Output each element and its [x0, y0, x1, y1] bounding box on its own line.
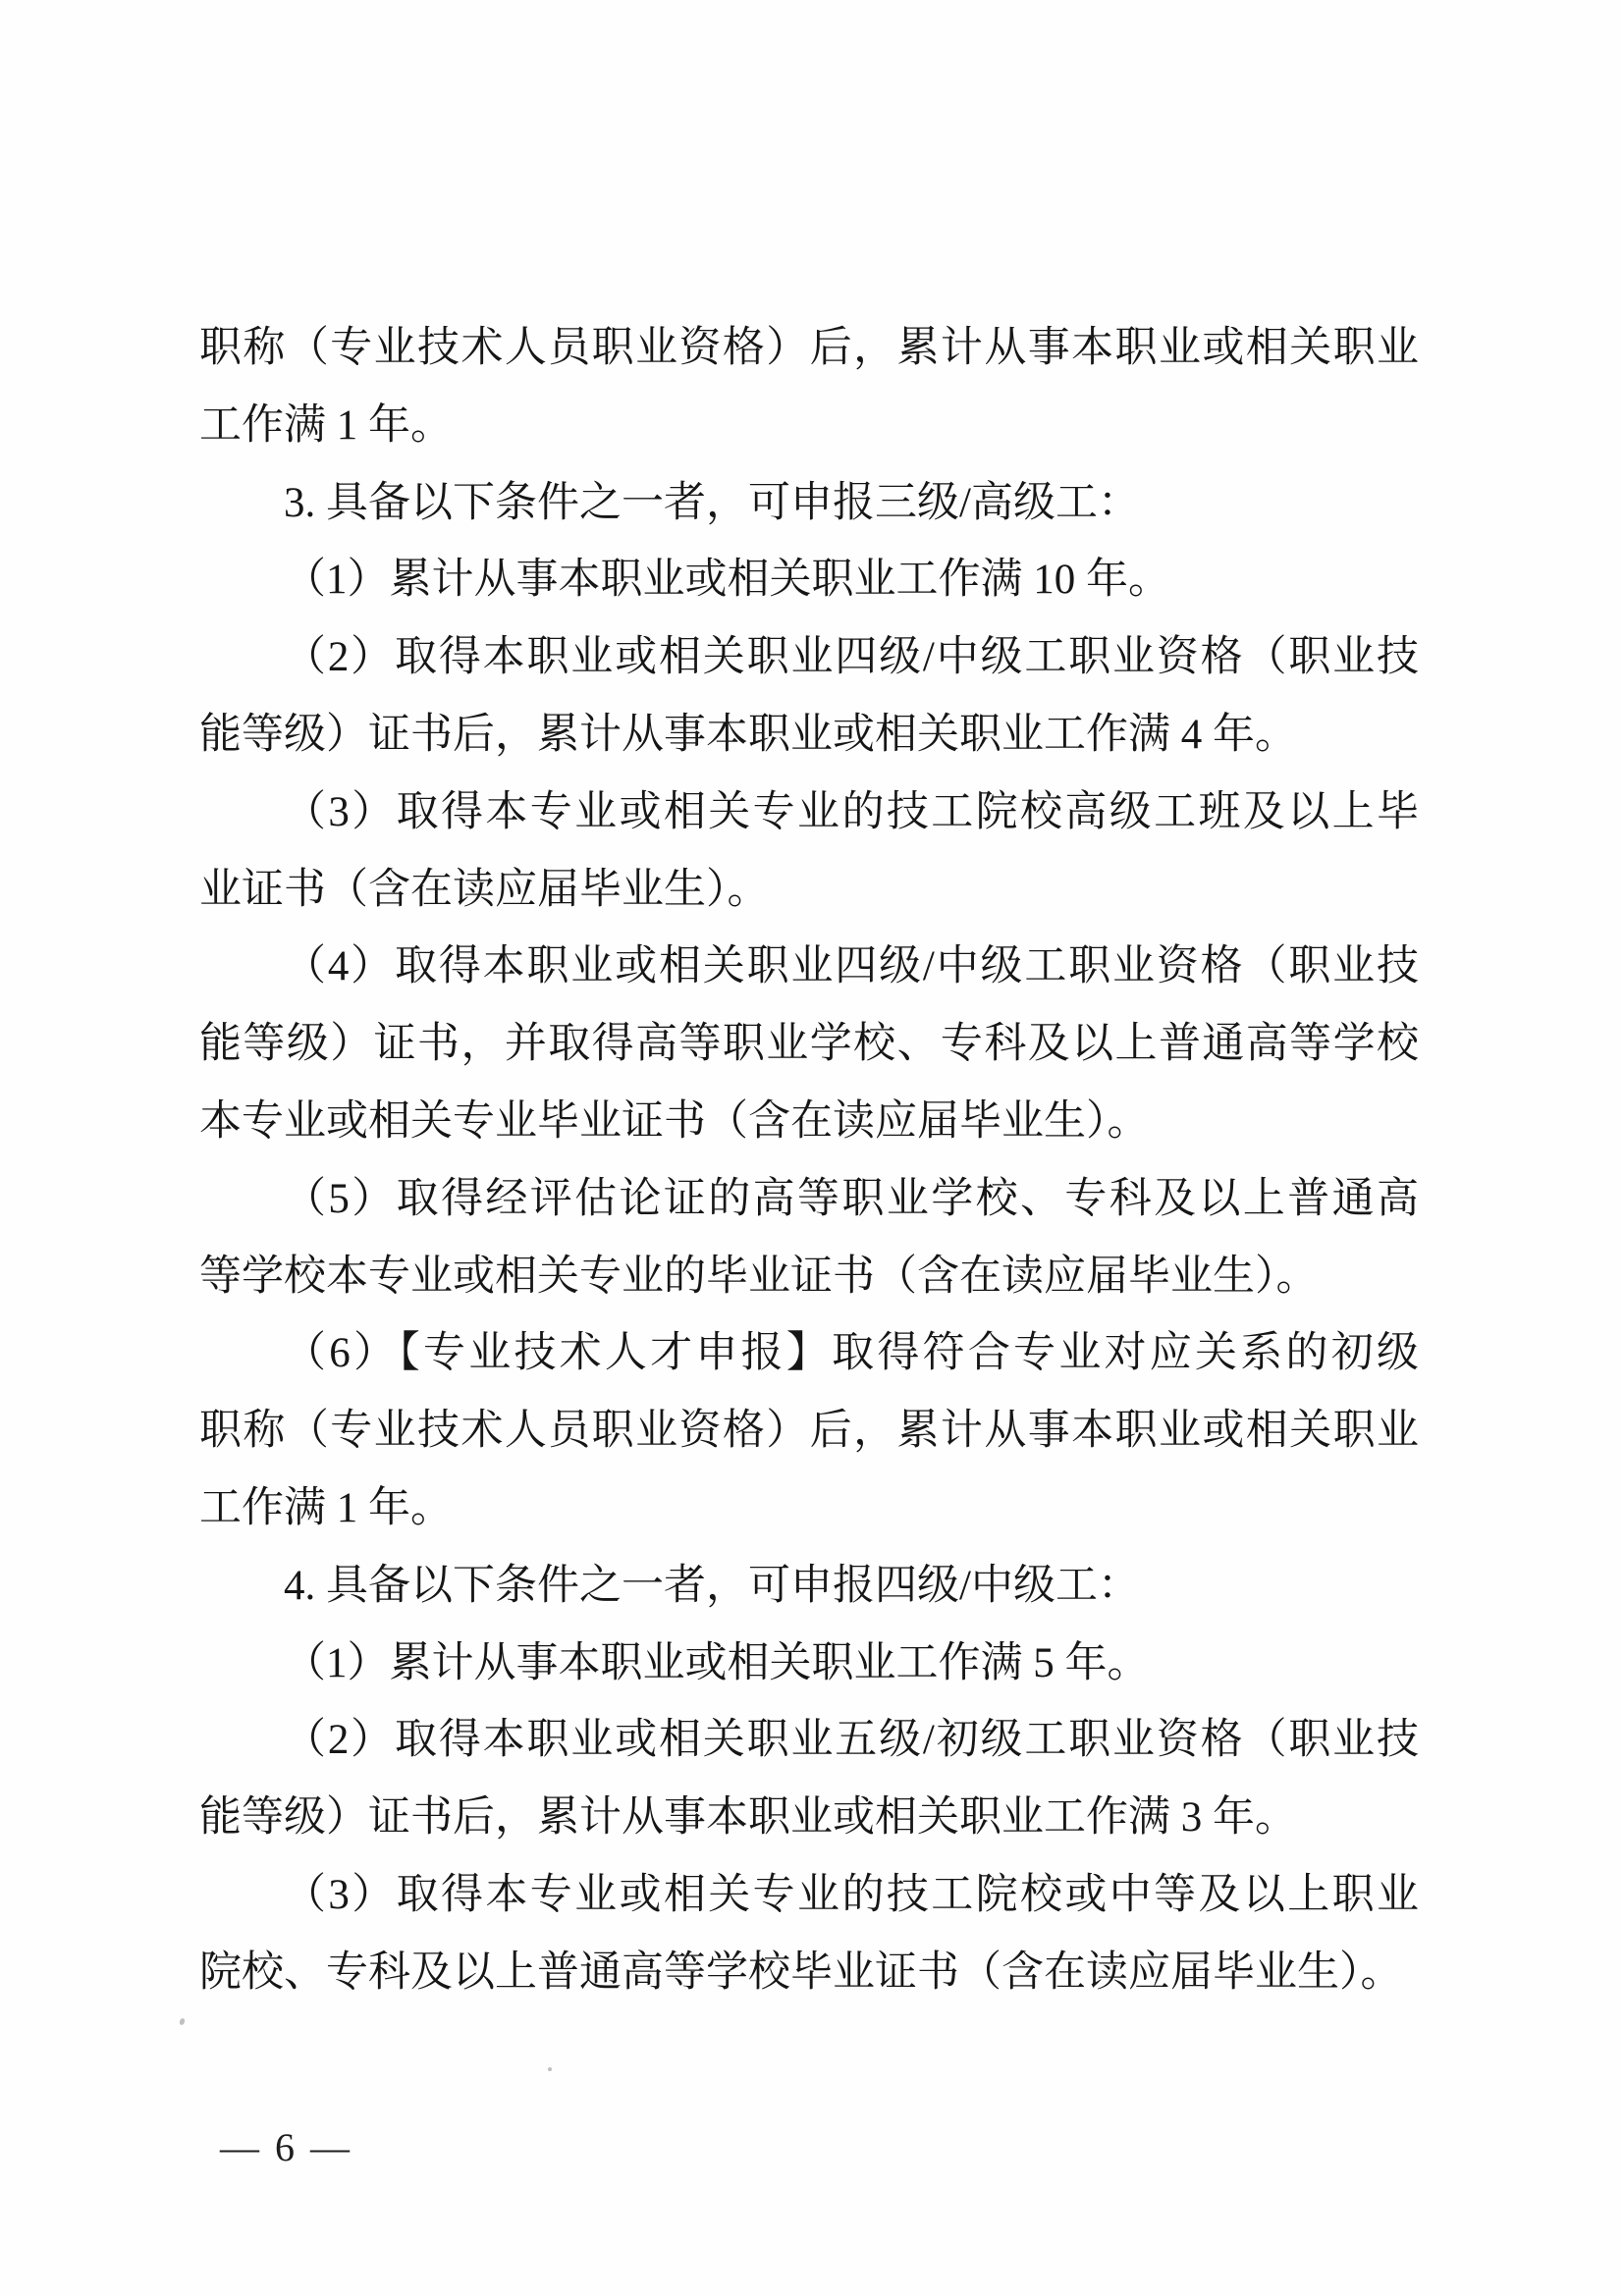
text-line: 工作满 1 年。 [199, 1470, 1419, 1548]
text-line: 职称（专业技术人员职业资格）后，累计从事本职业或相关职业 [199, 310, 1419, 388]
text-line: （2）取得本职业或相关职业五级/初级工职业资格（职业技 [199, 1702, 1419, 1780]
text-line: 4. 具备以下条件之一者，可申报四级/中级工： [199, 1548, 1419, 1626]
text-line: 本专业或相关专业毕业证书（含在读应届毕业生）。 [199, 1084, 1419, 1161]
text-line: （3）取得本专业或相关专业的技工院校或中等及以上职业 [199, 1857, 1419, 1935]
text-line: 能等级）证书后，累计从事本职业或相关职业工作满 4 年。 [199, 697, 1419, 774]
text-line: 院校、专科及以上普通高等学校毕业证书（含在读应届毕业生）。 [199, 1935, 1419, 2012]
text-line: 工作满 1 年。 [199, 388, 1419, 465]
scan-noise-dot [548, 2067, 552, 2071]
text-line: 能等级）证书，并取得高等职业学校、专科及以上普通高等学校 [199, 1006, 1419, 1084]
text-line: （2）取得本职业或相关职业四级/中级工职业资格（职业技 [199, 619, 1419, 697]
text-line: （1）累计从事本职业或相关职业工作满 5 年。 [199, 1626, 1419, 1703]
text-line: （5）取得经评估论证的高等职业学校、专科及以上普通高 [199, 1161, 1419, 1239]
document-body: 职称（专业技术人员职业资格）后，累计从事本职业或相关职业 工作满 1 年。 3.… [199, 310, 1419, 2012]
scan-noise-dot [179, 2017, 186, 2025]
text-line: 业证书（含在读应届毕业生）。 [199, 852, 1419, 930]
document-page: 职称（专业技术人员职业资格）后，累计从事本职业或相关职业 工作满 1 年。 3.… [0, 0, 1623, 2296]
text-line: 3. 具备以下条件之一者，可申报三级/高级工： [199, 465, 1419, 543]
text-line: （1）累计从事本职业或相关职业工作满 10 年。 [199, 542, 1419, 619]
text-line: （4）取得本职业或相关职业四级/中级工职业资格（职业技 [199, 929, 1419, 1006]
text-line: 等学校本专业或相关专业的毕业证书（含在读应届毕业生）。 [199, 1239, 1419, 1316]
text-line: 能等级）证书后，累计从事本职业或相关职业工作满 3 年。 [199, 1780, 1419, 1857]
text-line: 职称（专业技术人员职业资格）后，累计从事本职业或相关职业 [199, 1393, 1419, 1470]
page-number: — 6 — [220, 2118, 352, 2177]
text-line: （3）取得本专业或相关专业的技工院校高级工班及以上毕 [199, 774, 1419, 852]
text-line: （6）【专业技术人才申报】取得符合专业对应关系的初级 [199, 1315, 1419, 1393]
